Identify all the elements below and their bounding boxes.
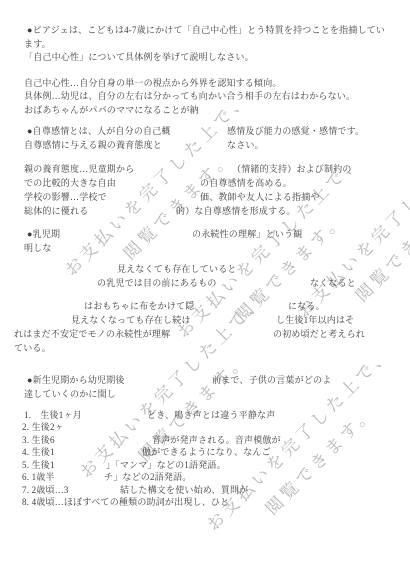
text-line: 見えなくても存在していると — [0, 262, 410, 274]
text-line: 明しな — [0, 241, 410, 253]
text-line: はおもちゃに布をかけて隠になる。 — [0, 299, 410, 311]
text-segment: ●新生児期から幼児期後 — [27, 373, 125, 386]
text-line: 具体例…幼児は、自分の左右は分かっても向かい合う相手の左右はわからない。 — [0, 89, 410, 101]
text-line: 1. 生後1ヶ月とき、鳴き声とは違う平静な声 — [0, 408, 410, 420]
text-segment: ●乳児期 — [27, 227, 60, 240]
text-line: 2. 生後2ヶ — [0, 420, 410, 432]
text-segment: し生後1年以内はそ — [276, 313, 354, 326]
text-line: 5. 生後1」「マンマ」などの1語発語。 — [0, 458, 410, 470]
text-segment: 明しな — [24, 241, 52, 254]
text-segment: 学校の影響…学校で — [24, 190, 107, 203]
text-line: ●自尊感情とは、人が自分の自己概感情及び能力の感覚・感情です。 — [0, 124, 410, 136]
text-segment: 6. 1歳半 — [22, 470, 55, 483]
text-line: ●乳児期の永続性の理解」という観 — [0, 227, 410, 239]
text-segment: （情緒的支持）および制約の — [232, 162, 352, 175]
text-segment: 親の養育態度…児童期から — [24, 162, 134, 175]
text-segment: 価、教師や友人による指摘や — [200, 190, 320, 203]
text-line: 4. 生後1倣ができるようになり、なんご — [0, 445, 410, 457]
text-segment: 倣ができるようになり、なんご — [142, 445, 271, 458]
text-segment: 総体的に優れる — [24, 204, 88, 217]
text-line: 親の養育態度…児童期から（情緒的支持）および制約の — [0, 162, 410, 174]
text-layer: ●ピアジェは、こどもは4-7歳にかけて「自己中心性」とう特質を持つことを指摘して… — [0, 0, 410, 580]
text-line: 自尊感情に与える親の養育態度となさい。 — [0, 138, 410, 150]
text-line: ●新生児期から幼児期後前まで、子供の言葉がどのよ — [0, 373, 410, 385]
text-segment: おばあちゃんがパパのママになることが納 — [24, 103, 199, 116]
text-segment: 達していくのかに関し — [24, 387, 116, 400]
text-line: 8. 4歳頃…ほぼすべての種類の助詞が出現し、ひと — [0, 495, 410, 507]
text-line: 学校の影響…学校で価、教師や友人による指摘や — [0, 190, 410, 202]
text-line: 3. 生後6音声が発声される。音声模倣が — [0, 433, 410, 445]
text-segment: 自己中心性…自分自身の単一の視点から外界を認知する傾向。 — [24, 76, 282, 89]
text-segment: 感情及び能力の感覚・感情です。 — [227, 124, 364, 137]
text-line: おばあちゃんがパパのママになることが納 — [0, 103, 410, 115]
text-segment: 具体例…幼児は、自分の左右は分かっても向かい合う相手の左右はわからない。 — [24, 89, 355, 102]
text-line: 「自己中心性」について具体例を挙げて説明しなさい。 — [0, 50, 410, 62]
text-line: ます。 — [0, 37, 410, 49]
text-line: 7. 2歳頃…3結した構文を使い始め、質問が — [0, 483, 410, 495]
text-segment: ●ピアジェは、こどもは4-7歳にかけて「自己中心性」とう特質を持つことを指摘して… — [27, 23, 385, 36]
text-segment: れはまだ不安定でモノの永続性が理解 — [14, 327, 170, 340]
text-segment: 4. 生後1 — [22, 445, 55, 458]
text-line: 達していくのかに関し — [0, 387, 410, 399]
text-line: の乳児では目の前にあるものなくなると — [0, 276, 410, 288]
text-segment: になる。 — [288, 299, 325, 312]
text-segment: 見えなくても存在していると — [117, 262, 237, 275]
text-line: での比較的大きな自由の自尊感情を高める。 — [0, 176, 410, 188]
text-segment: チ」などの2語発語。 — [104, 470, 192, 483]
text-line: 総体的に優れる的）な自尊感情を形成する。 — [0, 204, 410, 216]
text-segment: の初め頃だと考えられ — [273, 327, 365, 340]
document-page: お支払いを完了した上で、閲覧できます。お支払いを完了した上で、閲覧できます。お支… — [0, 0, 410, 580]
text-segment: 「自己中心性」について具体例を挙げて説明しなさい。 — [24, 50, 254, 63]
text-segment: ます。 — [24, 37, 51, 50]
text-segment: の自尊感情を高める。 — [200, 176, 292, 189]
text-segment: の永続性の理解」という観 — [192, 227, 302, 240]
text-line: 見えなくなっても存在し続けし生後1年以内はそ — [0, 313, 410, 325]
text-line: 自己中心性…自分自身の単一の視点から外界を認知する傾向。 — [0, 76, 410, 88]
text-segment: 的）な自尊感情を形成する。 — [176, 204, 296, 217]
text-line: れはまだ不安定でモノの永続性が理解の初め頃だと考えられ — [0, 327, 410, 339]
text-segment: ている。 — [14, 341, 51, 354]
text-line: ●ピアジェは、こどもは4-7歳にかけて「自己中心性」とう特質を持つことを指摘して… — [0, 23, 410, 35]
text-segment: 8. 4歳頃…ほぼすべての種類の助詞が出現し、ひと — [22, 495, 229, 508]
text-segment: 前まで、子供の言葉がどのよ — [212, 373, 331, 386]
text-segment: 自尊感情に与える親の養育態度と — [24, 138, 162, 151]
text-segment: の乳児では目の前にあるもの — [97, 276, 217, 289]
text-segment: ●自尊感情とは、人が自分の自己概 — [27, 124, 171, 137]
text-segment: なさい。 — [227, 138, 264, 151]
text-segment: での比較的大きな自由 — [24, 176, 116, 189]
text-segment: 見えなくなっても存在し続け — [71, 313, 191, 326]
text-segment: なくなると — [310, 276, 356, 289]
text-line: 6. 1歳半チ」などの2語発語。 — [0, 470, 410, 482]
text-segment: はおもちゃに布をかけて隠 — [84, 299, 194, 312]
text-segment: 2. 生後2ヶ — [22, 420, 64, 433]
text-line: ている。 — [0, 341, 410, 353]
